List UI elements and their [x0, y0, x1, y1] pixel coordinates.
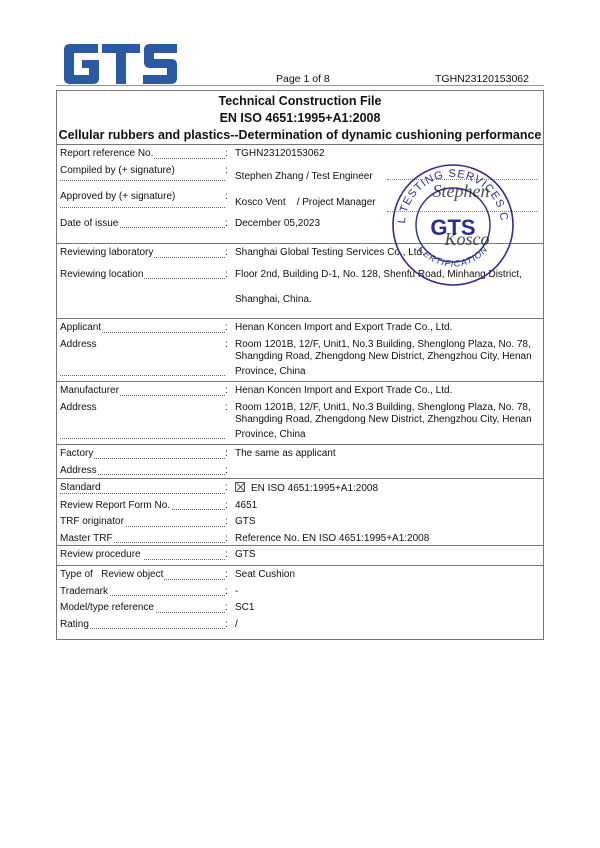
- compiled-label: Compiled by (+ signature): [60, 165, 176, 176]
- manufacturer-value: Henan Koncen Import and Export Trade Co.…: [233, 385, 543, 398]
- manufacturer-address-label: Address: [60, 402, 98, 413]
- manufacturer-address: Room 1201B, 12/F, Unit1, No.3 Building, …: [233, 402, 543, 442]
- applicant-label: Applicant: [60, 322, 102, 333]
- manufacturer-section: Manufacturer : Henan Koncen Import and E…: [57, 381, 543, 444]
- gts-logo: [62, 44, 178, 84]
- procedure-value: GTS: [233, 549, 543, 562]
- location-label: Reviewing location: [60, 269, 144, 280]
- lab-label: Reviewing laboratory: [60, 247, 154, 258]
- factory-label: Factory: [60, 448, 94, 459]
- factory-address-label: Address: [60, 465, 98, 476]
- procedure-label: Review procedure: [60, 549, 144, 560]
- signature-stephen: Stephen: [433, 181, 490, 201]
- factory-section: Factory : The same as applicant Address …: [57, 444, 543, 478]
- form-no-value: 4651: [233, 500, 543, 513]
- applicant-address-label: Address: [60, 339, 98, 350]
- standard-label: Standard: [60, 482, 102, 493]
- applicant-section: Applicant : Henan Koncen Import and Expo…: [57, 318, 543, 381]
- procedure-section: Review procedure : GTS: [57, 545, 543, 565]
- trademark-label: Trademark: [60, 586, 109, 597]
- date-label: Date of issue: [60, 218, 119, 229]
- location-value-2: Shanghai, China.: [233, 294, 543, 307]
- doc-subtitle: Cellular rubbers and plastics--Determina…: [57, 127, 543, 144]
- standard-section: Standard : EN ISO 4651:1995+A1:2008 Revi…: [57, 478, 543, 545]
- doc-title: Technical Construction File: [57, 93, 543, 110]
- form-no-label: Review Report Form No.: [60, 500, 171, 511]
- rating-label: Rating: [60, 619, 90, 630]
- approved-label: Approved by (+ signature): [60, 191, 176, 202]
- object-type-value: Seat Cushion: [233, 569, 543, 582]
- report-ref-label: Report reference No.: [60, 148, 154, 159]
- doc-standard: EN ISO 4651:1995+A1:2008: [57, 110, 543, 127]
- title-block: Technical Construction File EN ISO 4651:…: [57, 93, 543, 144]
- object-section: Type of Review object : Seat Cushion Tra…: [57, 565, 543, 632]
- model-label: Model/type reference: [60, 602, 155, 613]
- trf-originator-value: GTS: [233, 516, 543, 529]
- applicant-address: Room 1201B, 12/F, Unit1, No.3 Building, …: [233, 339, 543, 379]
- standard-checkbox[interactable]: [235, 482, 245, 492]
- header-divider: [56, 85, 544, 86]
- manufacturer-label: Manufacturer: [60, 385, 120, 396]
- rating-value: /: [233, 619, 543, 632]
- master-trf-value: Reference No. EN ISO 4651:1995+A1:2008: [233, 533, 543, 546]
- certification-stamp: GLOBAL TESTING SERVICES CO.,LTD. CERTIFI…: [383, 153, 523, 293]
- object-type-label: Type of Review object: [60, 569, 164, 580]
- master-trf-label: Master TRF: [60, 533, 114, 544]
- model-value: SC1: [233, 602, 543, 615]
- factory-value: The same as applicant: [233, 448, 543, 461]
- applicant-value: Henan Koncen Import and Export Trade Co.…: [233, 322, 543, 335]
- page-number: Page 1 of 8: [276, 73, 330, 85]
- signature-kosco: Kosco: [444, 229, 490, 249]
- document-id: TGHN23120153062: [435, 73, 529, 85]
- trademark-value: -: [233, 586, 543, 599]
- trf-originator-label: TRF originator: [60, 516, 125, 527]
- standard-value: EN ISO 4651:1995+A1:2008: [233, 482, 543, 496]
- factory-address-value: [233, 465, 543, 478]
- document-frame: Technical Construction File EN ISO 4651:…: [56, 90, 544, 640]
